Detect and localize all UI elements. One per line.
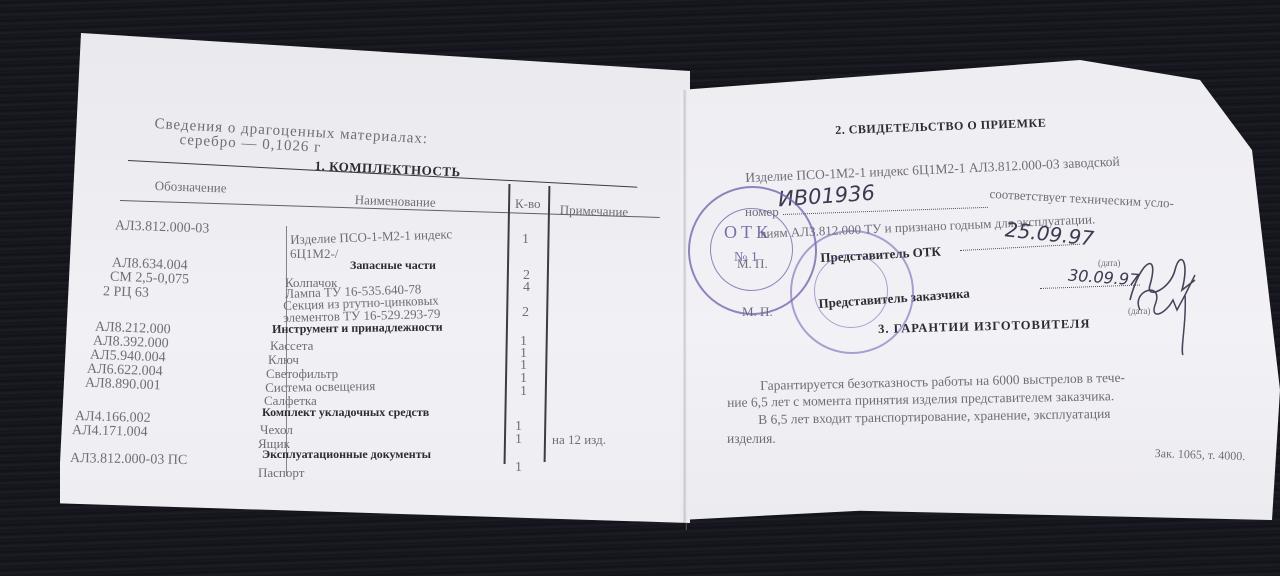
header-quantity: К-во [515, 196, 541, 212]
code-cell: АЛ3.812.000-03 ПС [70, 451, 187, 469]
warranty-line4: изделия. [727, 431, 776, 447]
print-order: Зак. 1065, т. 4000. [1154, 446, 1245, 464]
qty-cell: 1 [515, 432, 522, 448]
name-cell: Паспорт [258, 465, 304, 481]
otk-stamp-text: ОТК [724, 222, 772, 243]
qty-cell: 1 [522, 232, 529, 248]
code-cell: АЛ4.171.004 [72, 423, 148, 441]
code-cell: 2 РЦ 63 [103, 284, 149, 302]
name-cell: 6Ц1М2-/ [290, 246, 338, 262]
qty-cell: 4 [523, 280, 530, 296]
code-cell: АЛ8.890.001 [85, 376, 161, 395]
group-heading: Комплект укладочных средств [262, 405, 429, 420]
customer-signature [1125, 270, 1205, 360]
header-name: Наименование [354, 192, 436, 211]
group-heading: Инструмент и принадлежности [272, 320, 443, 337]
qty-cell: 1 [520, 384, 527, 400]
qty-cell: 1 [515, 460, 522, 476]
note-cell: на 12 изд. [552, 432, 606, 448]
group-heading: Эксплуатационные документы [262, 447, 431, 462]
page-fold [683, 90, 687, 530]
qty-cell: 2 [522, 305, 529, 321]
otk-stamp-number: № 1 [734, 250, 758, 266]
otk-date-caption: (дата) [1098, 258, 1120, 268]
group-heading: Запасные части [350, 258, 436, 273]
header-note: Примечание [559, 202, 628, 220]
header-designation: Обозначение [154, 178, 226, 196]
code-cell: АЛ3.812.000-03 [115, 218, 210, 237]
